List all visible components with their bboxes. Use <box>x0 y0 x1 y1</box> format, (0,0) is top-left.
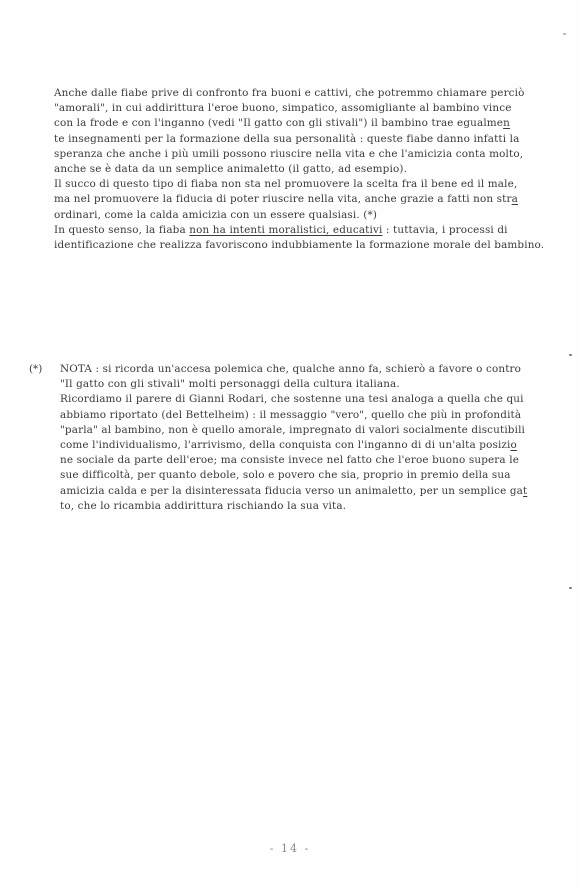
text-segment: amicizia calda e per la disinteressata f… <box>60 485 523 497</box>
scan-speck <box>569 587 572 589</box>
text-line: In questo senso, la fiaba non ha intenti… <box>54 223 544 238</box>
text-segment: In questo senso, la fiaba <box>54 224 189 236</box>
underlined-hyphen-letter: a <box>512 193 518 205</box>
text-segment: ma nel promuovere la fiducia di poter ri… <box>54 193 512 205</box>
text-line: come l'individualismo, l'arrivismo, dell… <box>60 438 527 453</box>
page-number: - 14 - <box>0 842 580 855</box>
text-line: identificazione che realizza favoriscono… <box>54 238 544 253</box>
scan-speck <box>569 354 572 356</box>
text-line: amicizia calda e per la disinteressata f… <box>60 484 527 499</box>
text-line: sue difficoltà, per quanto debole, solo … <box>60 468 527 483</box>
underlined-hyphen-letter: t <box>523 485 527 497</box>
footnote-marker: (*) <box>29 362 42 377</box>
text-segment: : tuttavia, i processi di <box>382 224 507 236</box>
text-line: "parla" al bambino, non è quello amorale… <box>60 423 527 438</box>
footnote: NOTA : si ricorda un'accesa polemica che… <box>60 362 527 514</box>
document-page: Anche dalle fiabe prive di confronto fra… <box>0 0 580 894</box>
text-line: Anche dalle fiabe prive di confronto fra… <box>54 86 544 101</box>
main-paragraph: Anche dalle fiabe prive di confronto fra… <box>54 86 544 253</box>
text-line: con la frode e con l'inganno (vedi "Il g… <box>54 116 544 131</box>
text-line: "amorali", in cui addirittura l'eroe buo… <box>54 101 544 116</box>
text-segment: con la frode e con l'inganno (vedi "Il g… <box>54 117 503 129</box>
text-line: Il succo di questo tipo di fiaba non sta… <box>54 177 544 192</box>
text-line: ma nel promuovere la fiducia di poter ri… <box>54 192 544 207</box>
text-line: anche se è data da un semplice animalett… <box>54 162 544 177</box>
text-line: abbiamo riportato (del Bettelheim) : il … <box>60 408 527 423</box>
text-line: Ricordiamo il parere di Gianni Rodari, c… <box>60 392 527 407</box>
text-line: speranza che anche i più umili possono r… <box>54 147 544 162</box>
underlined-hyphen-letter: n <box>503 117 510 129</box>
text-segment: come l'individualismo, l'arrivismo, dell… <box>60 439 511 451</box>
text-line: ordinari, come la calda amicizia con un … <box>54 208 544 223</box>
underlined-hyphen-letter: o <box>511 439 517 451</box>
underlined-emphasis: non ha intenti moralistici, educativi <box>189 224 382 236</box>
text-line: NOTA : si ricorda un'accesa polemica che… <box>60 362 527 377</box>
text-line: "Il gatto con gli stivali" molti persona… <box>60 377 527 392</box>
scan-speck <box>563 33 566 35</box>
text-line: te insegnamenti per la formazione della … <box>54 132 544 147</box>
text-line: to, che lo ricambia addirittura rischian… <box>60 499 527 514</box>
text-line: ne sociale da parte dell'eroe; ma consis… <box>60 453 527 468</box>
